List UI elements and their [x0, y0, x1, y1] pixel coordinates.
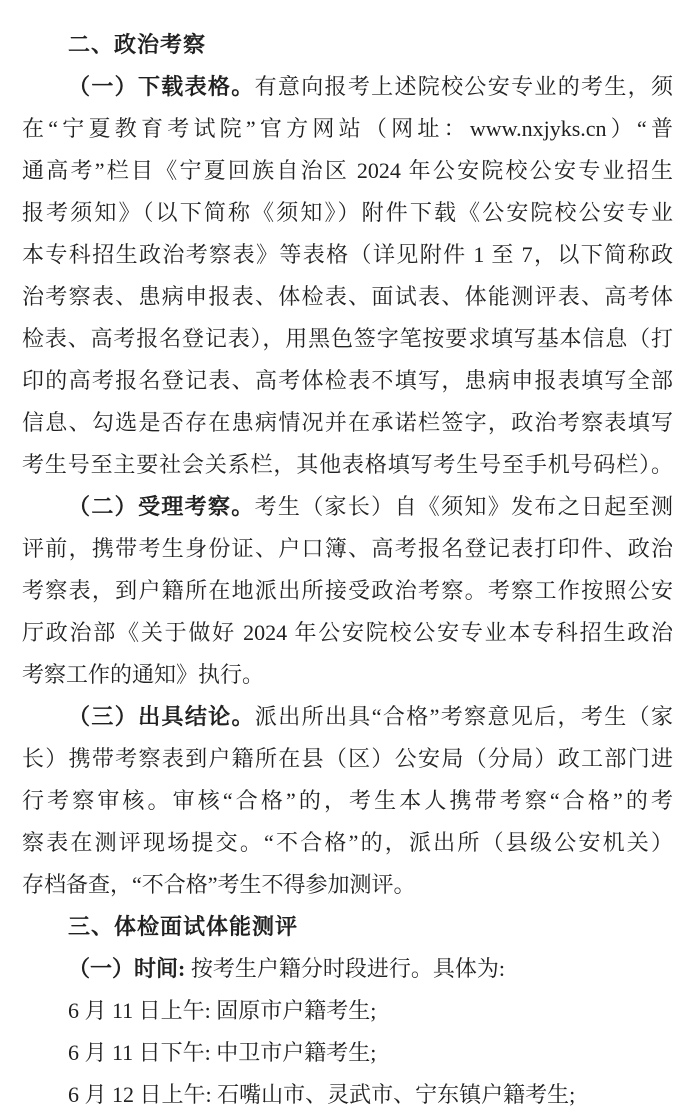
line-text: 印的高考报名登记表、高考体检表不填写，患病申报表填写全部 — [22, 368, 673, 393]
text-line: 考生号至主要社会关系栏，其他表格填写考生号至手机号码栏）。 — [22, 444, 673, 486]
text-line: 在“宁夏教育考试院”官方网站（网址：www.nxjyks.cn）“普 — [22, 108, 673, 150]
line-text: 派出所出具“合格”考察意见后，考生（家 — [255, 704, 673, 729]
document-page: 二、政治考察 （一）下载表格。有意向报考上述院校公安专业的考生，须 在“宁夏教育… — [0, 0, 695, 1115]
line-text: 察表在测评现场提交。“不合格”的，派出所（县级公安机关） — [22, 830, 673, 855]
line-text: 按考生户籍分时段进行。具体为: — [185, 956, 505, 981]
line-text: 考生号至主要社会关系栏，其他表格填写考生号至手机号码栏）。 — [22, 452, 673, 477]
text-line: 6 月 11 日下午: 中卫市户籍考生; — [22, 1032, 673, 1074]
text-line: 信息、勾选是否存在患病情况并在承诺栏签字，政治考察表填写 — [22, 402, 673, 444]
line-text: 二、政治考察 — [68, 32, 206, 57]
bold-lead-text: （二）受理考察。 — [68, 494, 255, 519]
line-text: 检表、高考报名登记表），用黑色签字笔按要求填写基本信息（打 — [22, 326, 673, 351]
line-text: 信息、勾选是否存在患病情况并在承诺栏签字，政治考察表填写 — [22, 410, 673, 435]
line-text: 本专科招生政治考察表》等表格（详见附件 1 至 7，以下简称政 — [22, 242, 673, 267]
text-line: （一）时间: 按考生户籍分时段进行。具体为: — [22, 948, 673, 990]
line-text: 考生（家长）自《须知》发布之日起至测 — [255, 494, 673, 519]
document-body: 二、政治考察 （一）下载表格。有意向报考上述院校公安专业的考生，须 在“宁夏教育… — [22, 24, 673, 1115]
line-text: 通高考”栏目《宁夏回族自治区 2024 年公安院校公安专业招生 — [22, 158, 673, 183]
text-line: 考察表，到户籍所在地派出所接受政治考察。考察工作按照公安 — [22, 570, 673, 612]
line-text: 行考察审核。审核“合格”的，考生本人携带考察“合格”的考 — [22, 788, 673, 813]
line-text: 评前，携带考生身份证、户口簿、高考报名登记表打印件、政治 — [22, 536, 673, 561]
bold-lead-text: （三）出具结论。 — [68, 704, 255, 729]
line-text: 治考察表、患病申报表、体检表、面试表、体能测评表、高考体 — [22, 284, 673, 309]
line-text: 有意向报考上述院校公安专业的考生，须 — [255, 74, 673, 99]
text-line: 三、体检面试体能测评 — [22, 906, 673, 948]
line-text: 存档备查，“不合格”考生不得参加测评。 — [22, 872, 416, 897]
line-text: 三、体检面试体能测评 — [68, 914, 298, 939]
line-text: 考察工作的通知》执行。 — [22, 662, 264, 687]
line-text: 考察表，到户籍所在地派出所接受政治考察。考察工作按照公安 — [22, 578, 673, 603]
text-line: （三）出具结论。派出所出具“合格”考察意见后，考生（家 — [22, 696, 673, 738]
line-text: 厅政治部《关于做好 2024 年公安院校公安专业本专科招生政治 — [22, 620, 673, 645]
text-line: 考察工作的通知》执行。 — [22, 654, 673, 696]
text-line: 行考察审核。审核“合格”的，考生本人携带考察“合格”的考 — [22, 780, 673, 822]
text-line: 存档备查，“不合格”考生不得参加测评。 — [22, 864, 673, 906]
text-line: 察表在测评现场提交。“不合格”的，派出所（县级公安机关） — [22, 822, 673, 864]
text-line: 通高考”栏目《宁夏回族自治区 2024 年公安院校公安专业招生 — [22, 150, 673, 192]
line-text: 报考须知》（以下简称《须知》）附件下载《公安院校公安专业 — [22, 200, 673, 225]
line-text: 6 月 12 日上午: 石嘴山市、灵武市、宁东镇户籍考生; — [68, 1082, 575, 1107]
text-line: （二）受理考察。考生（家长）自《须知》发布之日起至测 — [22, 486, 673, 528]
text-line: 6 月 12 日上午: 石嘴山市、灵武市、宁东镇户籍考生; — [22, 1074, 673, 1115]
text-line: 检表、高考报名登记表），用黑色签字笔按要求填写基本信息（打 — [22, 318, 673, 360]
text-line: （一）下载表格。有意向报考上述院校公安专业的考生，须 — [22, 66, 673, 108]
line-text: 在“宁夏教育考试院”官方网站（网址：www.nxjyks.cn）“普 — [22, 116, 673, 141]
text-line: 报考须知》（以下简称《须知》）附件下载《公安院校公安专业 — [22, 192, 673, 234]
text-line: 6 月 11 日上午: 固原市户籍考生; — [22, 990, 673, 1032]
text-line: 二、政治考察 — [22, 24, 673, 66]
text-line: 印的高考报名登记表、高考体检表不填写，患病申报表填写全部 — [22, 360, 673, 402]
text-line: 治考察表、患病申报表、体检表、面试表、体能测评表、高考体 — [22, 276, 673, 318]
text-line: 本专科招生政治考察表》等表格（详见附件 1 至 7，以下简称政 — [22, 234, 673, 276]
text-line: 厅政治部《关于做好 2024 年公安院校公安专业本专科招生政治 — [22, 612, 673, 654]
bold-lead-text: （一）时间: — [68, 956, 185, 981]
text-line: 长）携带考察表到户籍所在县（区）公安局（分局）政工部门进 — [22, 738, 673, 780]
line-text: 长）携带考察表到户籍所在县（区）公安局（分局）政工部门进 — [22, 746, 673, 771]
line-text: 6 月 11 日上午: 固原市户籍考生; — [68, 998, 376, 1023]
text-line: 评前，携带考生身份证、户口簿、高考报名登记表打印件、政治 — [22, 528, 673, 570]
bold-lead-text: （一）下载表格。 — [68, 74, 255, 99]
line-text: 6 月 11 日下午: 中卫市户籍考生; — [68, 1040, 376, 1065]
